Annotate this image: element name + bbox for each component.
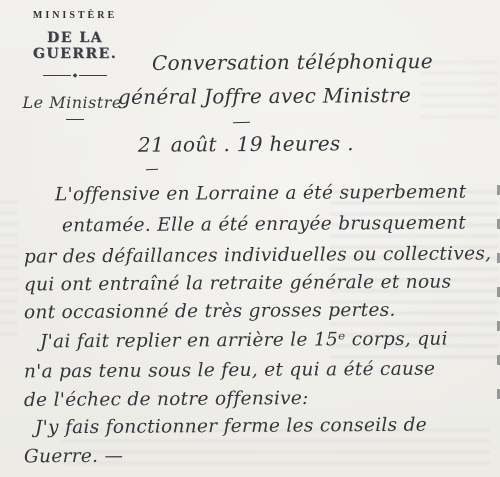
rule-left-bar (43, 75, 71, 76)
bleed-through-texture (420, 60, 498, 120)
letterhead-ornamental-rule: ◆ (43, 72, 107, 79)
separator-dash (233, 122, 250, 124)
diamond-ornament-icon: ◆ (71, 72, 80, 79)
bleed-through-texture (0, 200, 18, 340)
scanned-document-page: MINISTÈRE DE LA GUERRE. ◆ Le Ministre. C… (0, 0, 500, 477)
bleed-through-texture (60, 428, 490, 472)
bleed-through-texture (330, 190, 498, 360)
manuscript-line: n'a pas tenu sous le feu, et qui a été c… (24, 359, 435, 383)
manuscript-title-line: Conversation téléphonique (152, 49, 433, 75)
letterhead-guerre-line: DE LA GUERRE. (8, 30, 142, 62)
manuscript-dateline: 21 août . 19 heures . (138, 131, 354, 157)
rule-right-bar (79, 75, 107, 76)
manuscript-line: de l'échec de notre offensive: (24, 388, 309, 411)
letterhead-ministry-line: MINISTÈRE (8, 10, 142, 21)
letterhead-dash (66, 119, 84, 120)
manuscript-title-line: général Joffre avec Ministre (118, 83, 411, 109)
separator-dash (146, 169, 158, 170)
